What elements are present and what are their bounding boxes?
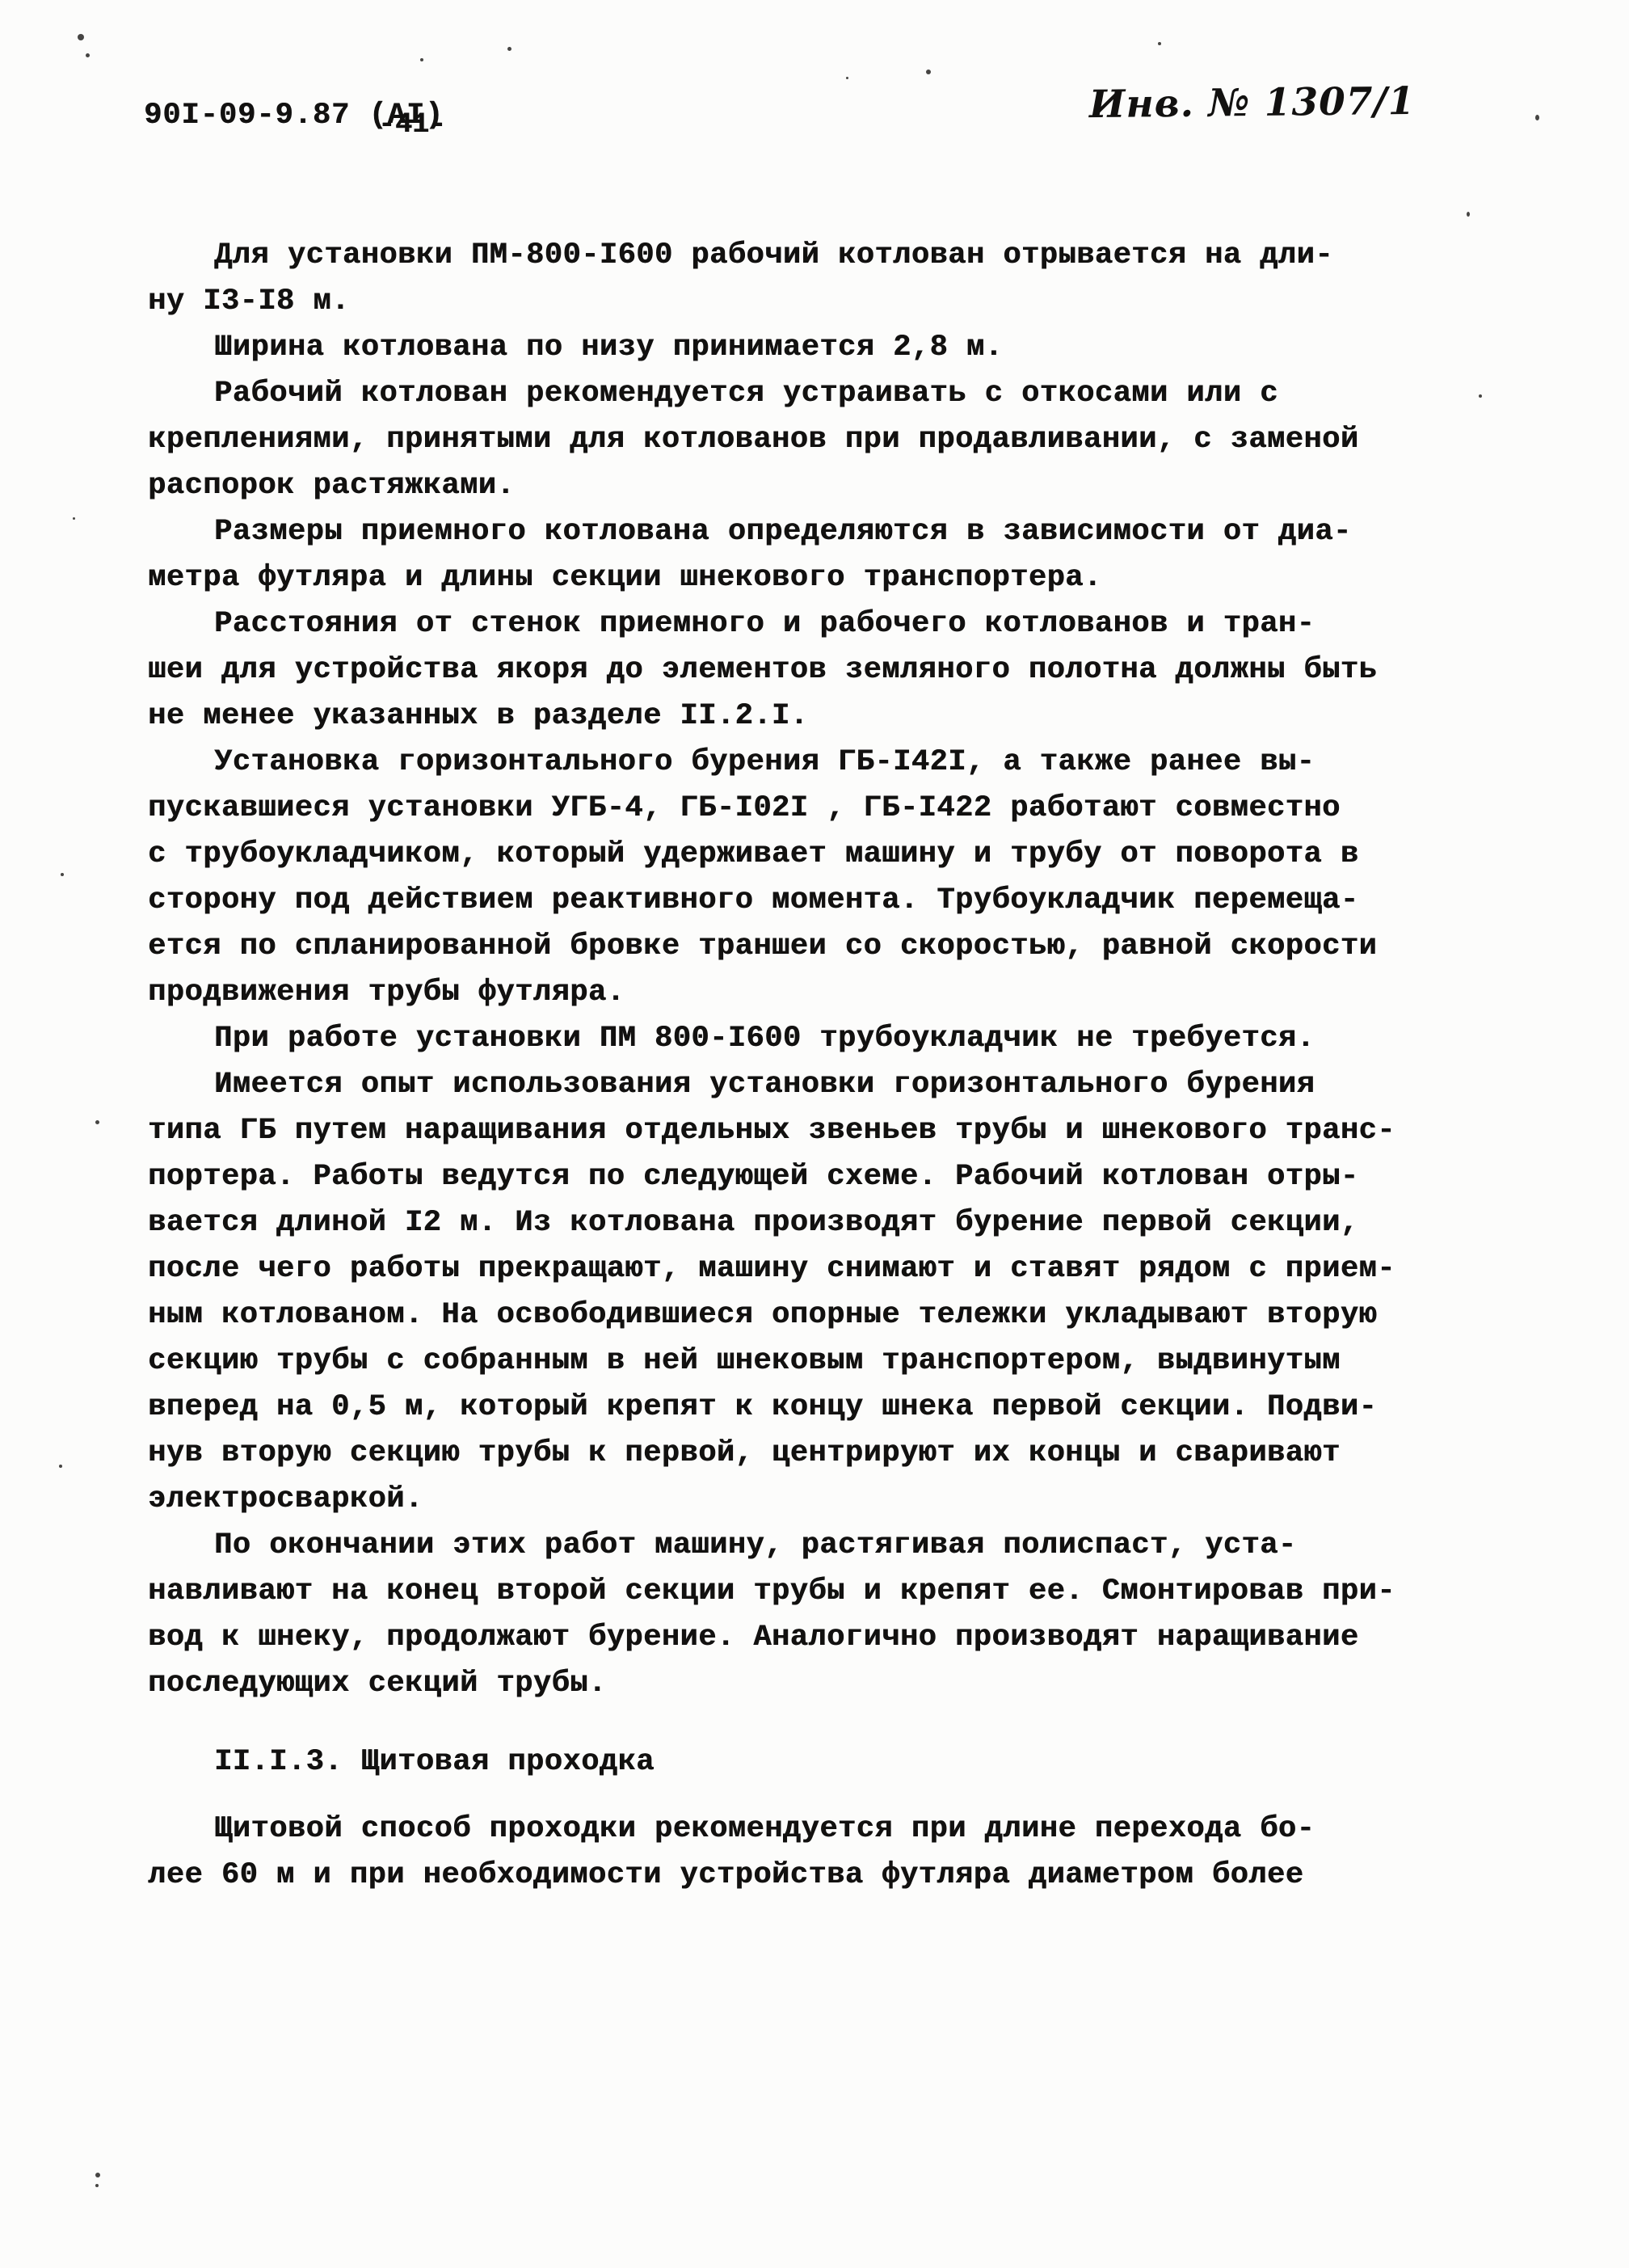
scan-speck — [95, 2184, 99, 2187]
scan-speck — [59, 1465, 62, 1468]
paragraph: При работе установки ПМ 800-I600 трубоук… — [148, 1016, 1441, 1062]
scan-speck — [1467, 212, 1470, 217]
text-line: ется по спланированной бровке траншеи со… — [148, 924, 1441, 970]
text-line: Щитовой способ проходки рекомендуется пр… — [148, 1806, 1441, 1853]
paragraph: Установка горизонтального бурения ГБ-I42… — [148, 740, 1441, 1016]
text-line: навливают на конец второй секции трубы и… — [148, 1569, 1441, 1615]
text-line: портера. Работы ведутся по следующей схе… — [148, 1154, 1441, 1200]
paragraph: Ширина котлована по низу принимается 2,8… — [148, 325, 1441, 371]
scan-speck — [846, 77, 848, 79]
text-line: II.I.3. Щитовая проходка — [148, 1739, 1441, 1785]
text-line: Имеется опыт использования установки гор… — [148, 1062, 1441, 1108]
text-line: Для установки ПМ-800-I600 рабочий котлов… — [148, 233, 1441, 279]
text-line: ным котлованом. На освободившиеся опорны… — [148, 1292, 1441, 1338]
text-line: лее 60 м и при необходимости устройства … — [148, 1853, 1441, 1899]
scan-speck — [1535, 115, 1539, 120]
text-line: секцию трубы с собранным в ней шнековым … — [148, 1338, 1441, 1385]
scan-speck — [73, 517, 75, 520]
text-line: типа ГБ путем наращивания отдельных звен… — [148, 1108, 1441, 1154]
text-line: ну I3-I8 м. — [148, 279, 1441, 325]
text-line: распорок растяжками. — [148, 463, 1441, 509]
page-number: -41- — [378, 108, 446, 141]
text-line: вперед на 0,5 м, который крепят к концу … — [148, 1385, 1441, 1431]
text-line: сторону под действием реактивного момент… — [148, 878, 1441, 924]
paragraph: Расстояния от стенок приемного и рабочег… — [148, 601, 1441, 740]
scan-speck — [420, 58, 423, 61]
text-line: электросваркой. — [148, 1477, 1441, 1523]
scan-speck — [507, 47, 511, 51]
paragraph: Для установки ПМ-800-I600 рабочий котлов… — [148, 233, 1441, 325]
scan-speck — [78, 34, 84, 40]
text-line: Установка горизонтального бурения ГБ-I42… — [148, 740, 1441, 786]
text-line: креплениями, принятыми для котлованов пр… — [148, 417, 1441, 463]
text-line: пускавшиеся установки УГБ-4, ГБ-I02I , Г… — [148, 786, 1441, 832]
text-line: Рабочий котлован рекомендуется устраиват… — [148, 371, 1441, 417]
text-line: нув вторую секцию трубы к первой, центри… — [148, 1431, 1441, 1477]
text-line: Расстояния от стенок приемного и рабочег… — [148, 601, 1441, 647]
text-line: Ширина котлована по низу принимается 2,8… — [148, 325, 1441, 371]
paragraph: Рабочий котлован рекомендуется устраиват… — [148, 371, 1441, 509]
text-line: продвижения трубы футляра. — [148, 970, 1441, 1016]
scan-speck — [95, 1120, 99, 1124]
document-body: Для установки ПМ-800-I600 рабочий котлов… — [148, 233, 1441, 1899]
scan-speck — [926, 70, 931, 74]
scan-speck — [1158, 42, 1161, 45]
scan-speck — [61, 873, 64, 876]
text-line: Размеры приемного котлована определяются… — [148, 509, 1441, 555]
text-line: метра футляра и длины секции шнекового т… — [148, 555, 1441, 601]
paragraph: Щитовой способ проходки рекомендуется пр… — [148, 1806, 1441, 1899]
paragraph: Размеры приемного котлована определяются… — [148, 509, 1441, 601]
text-line: с трубоукладчиком, который удерживает ма… — [148, 832, 1441, 878]
text-line: шеи для устройства якоря до элементов зе… — [148, 647, 1441, 693]
text-line: По окончании этих работ машину, растягив… — [148, 1523, 1441, 1569]
scan-speck — [86, 53, 90, 57]
scanned-document-page: 90I-09-9.87 (AI) -41- Инв. № 1307/1 Для … — [0, 0, 1629, 2268]
scan-speck — [1479, 394, 1482, 398]
paragraph: Имеется опыт использования установки гор… — [148, 1062, 1441, 1523]
text-line: При работе установки ПМ 800-I600 трубоук… — [148, 1016, 1441, 1062]
text-line: после чего работы прекращают, машину сни… — [148, 1246, 1441, 1292]
inventory-number-stamp: Инв. № 1307/1 — [1089, 79, 1416, 127]
text-line: вается длиной I2 м. Из котлована произво… — [148, 1200, 1441, 1246]
scan-speck — [95, 2173, 100, 2177]
paragraph: По окончании этих работ машину, растягив… — [148, 1523, 1441, 1707]
section-heading: II.I.3. Щитовая проходка — [148, 1739, 1441, 1785]
text-line: не менее указанных в разделе II.2.I. — [148, 693, 1441, 740]
text-line: вод к шнеку, продолжают бурение. Аналоги… — [148, 1615, 1441, 1661]
text-line: последующих секций трубы. — [148, 1661, 1441, 1707]
